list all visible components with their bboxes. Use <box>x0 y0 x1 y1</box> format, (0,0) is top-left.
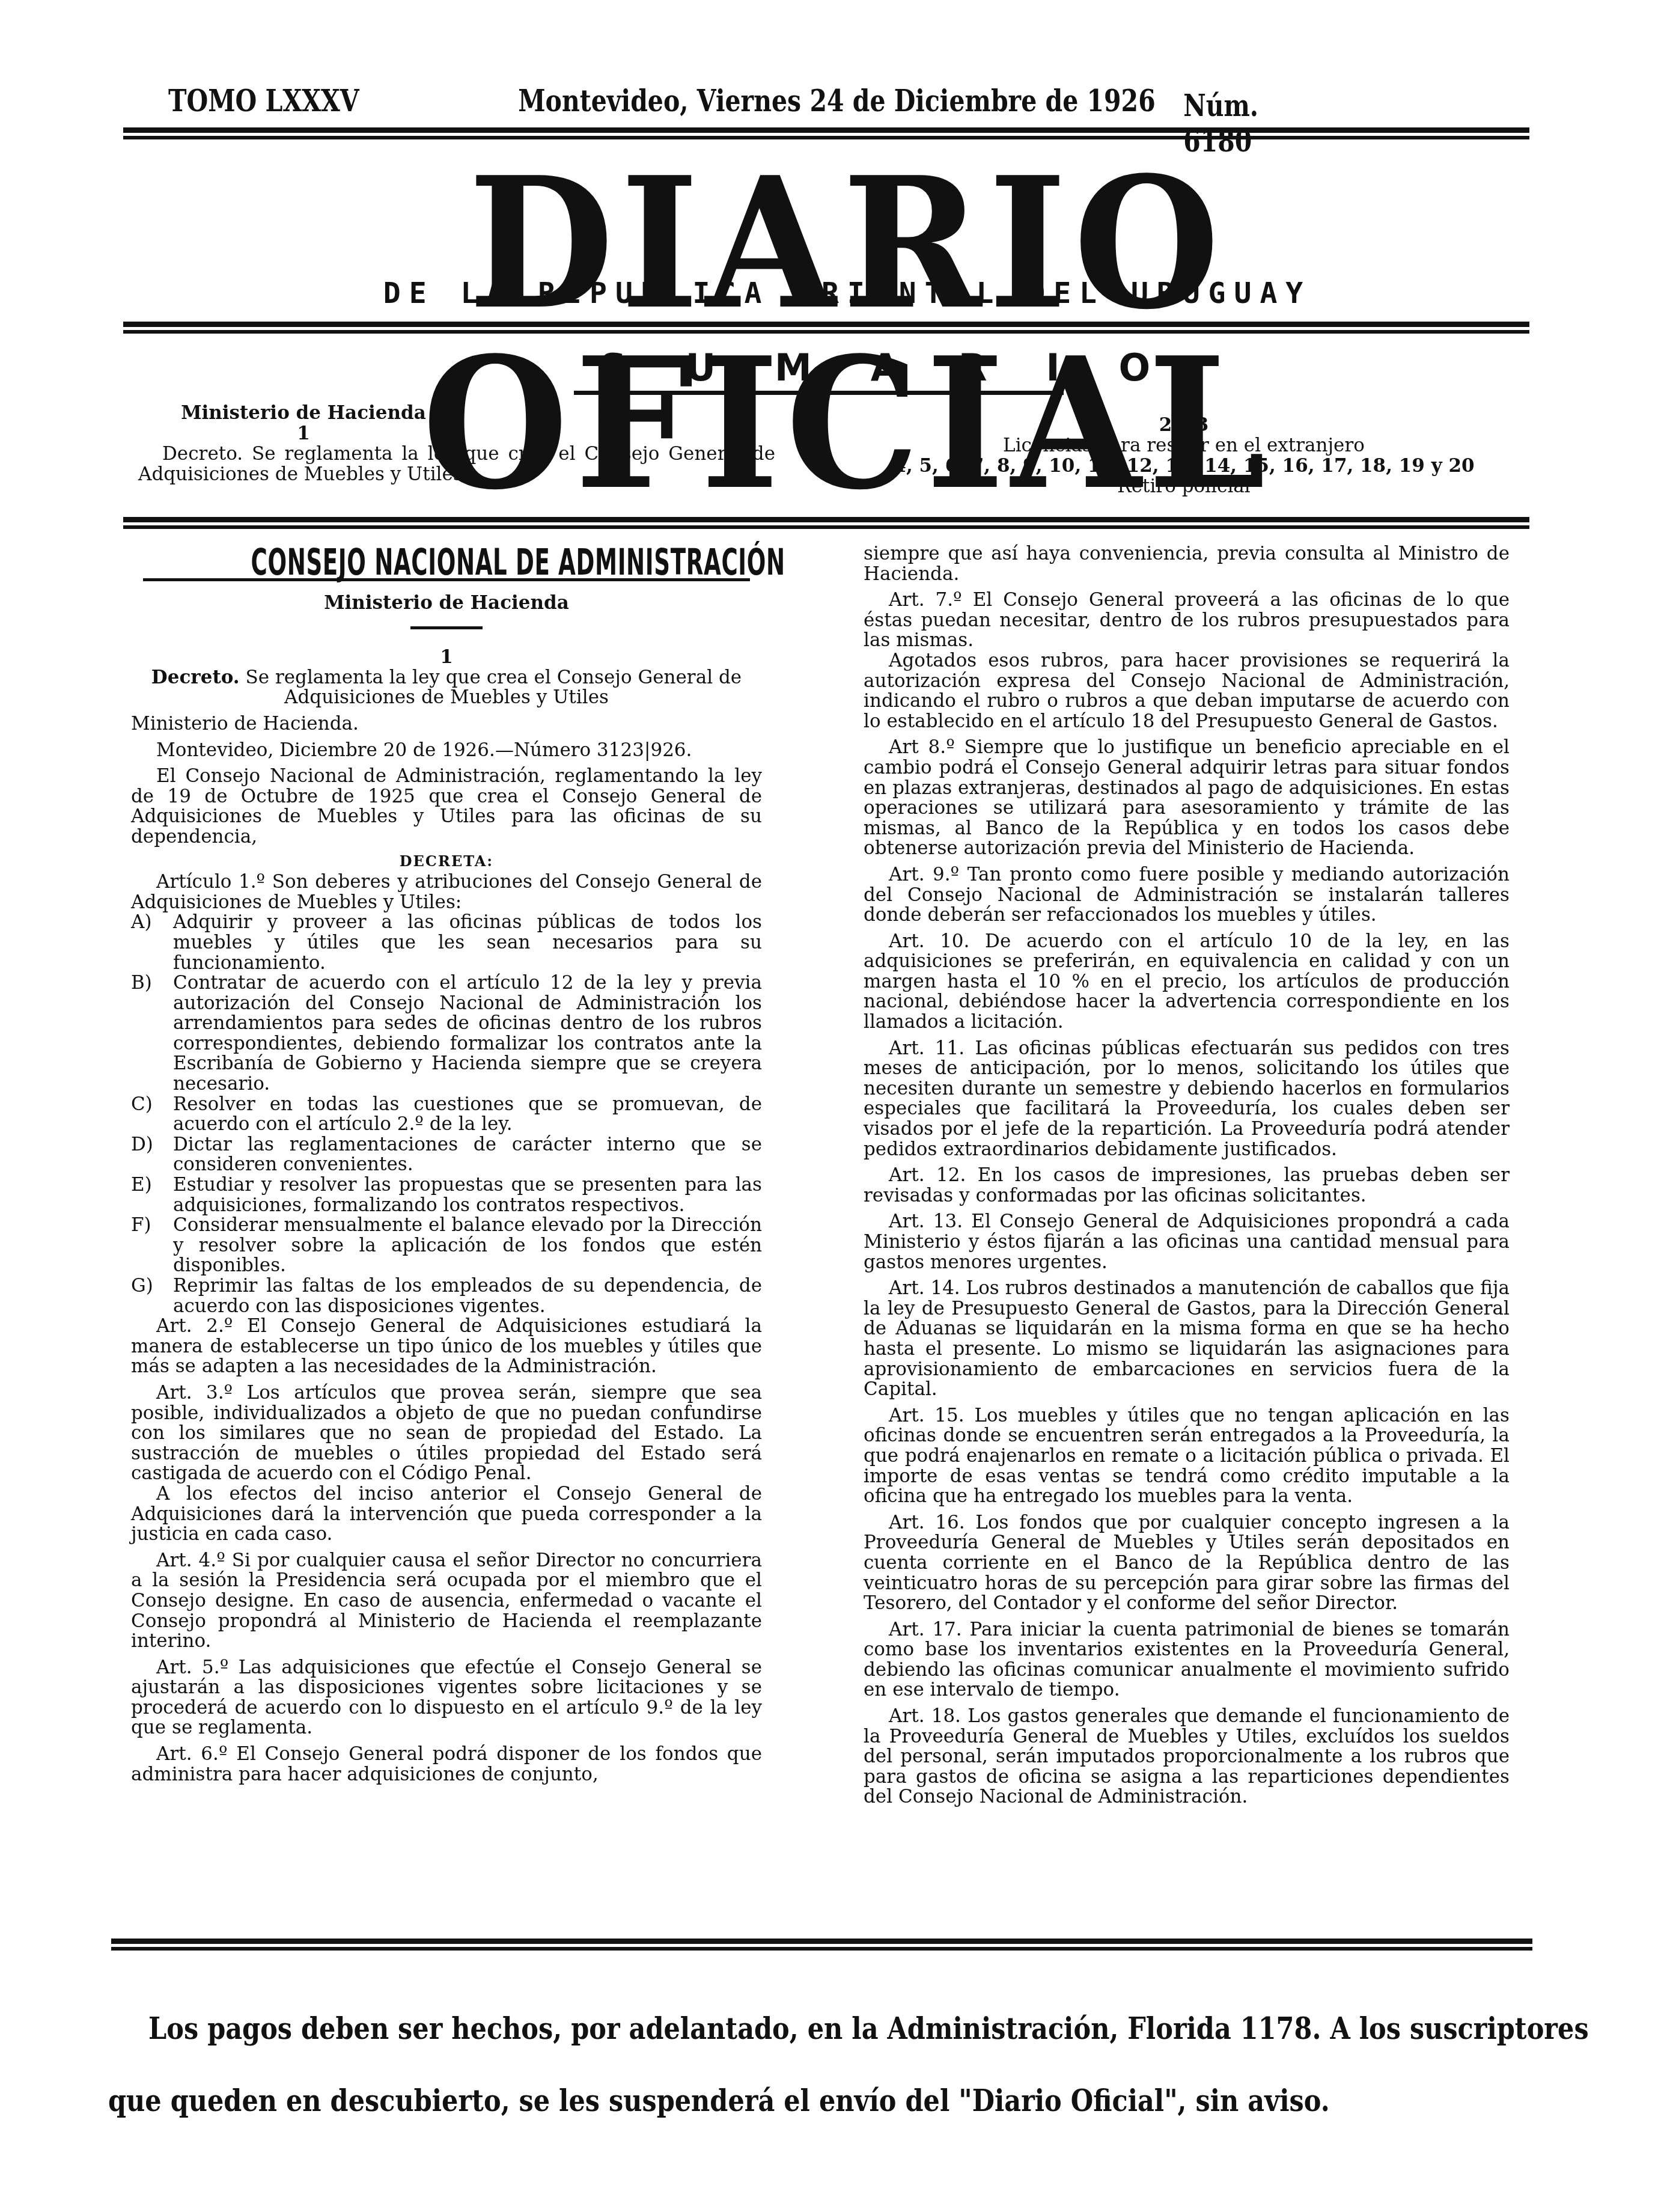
section-heading: CONSEJO NACIONAL DE ADMINISTRACIÓN <box>251 553 642 573</box>
item-text: Reprimir las faltas de los empleados de … <box>173 1276 762 1316</box>
article-paragraph: Art. 9.º Tan pronto como fuere posible y… <box>864 865 1510 926</box>
art1-item: G)Reprimir las faltas de los empleados d… <box>131 1276 762 1316</box>
item-text: Resolver en todas las cuestiones que se … <box>173 1095 762 1135</box>
item-label: D) <box>131 1135 173 1175</box>
decree-date: Montevideo, Diciembre 20 de 1926.—Número… <box>131 741 762 761</box>
article-paragraph: Art. 4.º Si por cualquier causa el señor… <box>131 1551 762 1652</box>
art1-items: A)Adquirir y proveer a las oficinas públ… <box>131 912 762 1316</box>
art1-item: F)Considerar mensualmente el balance ele… <box>131 1215 762 1276</box>
item-label: C) <box>131 1095 173 1135</box>
sumario-ministry: Ministerio de Hacienda <box>144 403 463 423</box>
ministry-heading: Ministerio de Hacienda <box>131 593 762 614</box>
item-text: Considerar mensualmente el balance eleva… <box>173 1215 762 1276</box>
art1-item: B)Contratar de acuerdo con el artículo 1… <box>131 973 762 1095</box>
issue-date: Montevideo, Viernes 24 de Diciembre de 1… <box>518 83 1155 118</box>
sumario-entry-number: 1 <box>144 423 463 444</box>
article-paragraph: Art 8.º Siempre que lo justifique un ben… <box>864 738 1510 859</box>
subscription-notice: Los pagos deben ser hechos, por adelanta… <box>108 1993 1338 2137</box>
notice-line-2: que queden en descubierto, se les suspen… <box>108 2065 1338 2137</box>
article-paragraph: Art. 11. Las oficinas públicas efectuará… <box>864 1039 1510 1160</box>
ministry-rule <box>410 626 483 629</box>
decreta-label: DECRETA: <box>131 851 762 872</box>
sumario-bottom-rule <box>123 517 1529 529</box>
art1-item: A)Adquirir y proveer a las oficinas públ… <box>131 912 762 973</box>
article-paragraph: A los efectos del inciso anterior el Con… <box>131 1484 762 1545</box>
article-column-left: CONSEJO NACIONAL DE ADMINISTRACIÓN Minis… <box>131 541 762 1785</box>
item-text: Dictar las reglamentaciones de carácter … <box>173 1135 762 1175</box>
sumario-entry-numbers: 2 y 3 <box>853 415 1514 435</box>
article-paragraph: Art. 10. De acuerdo con el artículo 10 d… <box>864 932 1510 1033</box>
article-paragraph: Art. 2.º El Consejo General de Adquisici… <box>131 1316 762 1377</box>
article-paragraph: Agotados esos rubros, para hacer provisi… <box>864 651 1510 732</box>
article-paragraph: Art. 5.º Las adquisiciones que efectúe e… <box>131 1658 762 1738</box>
sumario-entry-link[interactable]: Licencias para residir en el extranjero <box>853 435 1514 456</box>
left-paragraphs: Art. 2.º El Consejo General de Adquisici… <box>131 1316 762 1785</box>
article-paragraph: Art. 6.º El Consejo General podrá dispon… <box>131 1744 762 1785</box>
item-label: B) <box>131 973 173 1095</box>
decree-heading: Decreto. Se reglamenta la ley que crea e… <box>131 668 762 708</box>
item-text: Contratar de acuerdo con el artículo 12 … <box>173 973 762 1095</box>
right-paragraphs: siempre que así haya conveniencia, previ… <box>864 544 1510 1807</box>
item-label: A) <box>131 912 173 973</box>
footer-rule <box>111 1939 1532 1951</box>
decree-label: Decreto. <box>151 667 240 688</box>
article-paragraph: Art. 14. Los rubros destinados a manuten… <box>864 1279 1510 1400</box>
item-text: Estudiar y resolver las propuestas que s… <box>173 1175 762 1215</box>
notice-line-1: Los pagos deben ser hechos, por adelanta… <box>108 1993 1338 2065</box>
decree-title: Se reglamenta la ley que crea el Consejo… <box>246 667 742 709</box>
art1-intro: Artículo 1.º Son deberes y atribuciones … <box>131 872 762 912</box>
sumario-underline <box>574 391 1064 395</box>
decree-number: 1 <box>131 647 762 668</box>
article-column-right: siempre que así haya conveniencia, previ… <box>864 544 1510 1807</box>
article-paragraph: Art. 17. Para iniciar la cuenta patrimon… <box>864 1620 1510 1700</box>
art1-item: D)Dictar las reglamentaciones de carácte… <box>131 1135 762 1175</box>
ministry-line: Ministerio de Hacienda. <box>131 714 762 735</box>
art1-item: C)Resolver en todas las cuestiones que s… <box>131 1095 762 1135</box>
article-paragraph: Art. 13. El Consejo General de Adquisici… <box>864 1212 1510 1273</box>
sumario-entry-link[interactable]: Retiro policial <box>853 476 1514 496</box>
article-paragraph: Art. 15. Los muebles y útiles que no ten… <box>864 1406 1510 1507</box>
item-label: F) <box>131 1215 173 1276</box>
item-label: E) <box>131 1175 173 1215</box>
sumario-entry-numbers: 4, 5, 6, 7, 8, 9, 10, 11, 12, 13, 14, 15… <box>853 456 1514 476</box>
item-label: G) <box>131 1276 173 1316</box>
preamble: El Consejo Nacional de Administración, r… <box>131 766 762 847</box>
article-paragraph: Art. 7.º El Consejo General proveerá a l… <box>864 590 1510 651</box>
sumario-right: 2 y 3 Licencias para residir en el extra… <box>853 415 1514 496</box>
volume-label: TOMO LXXXV <box>168 83 359 118</box>
sumario-heading: SUMARIO <box>541 346 1153 390</box>
sumario-entry-link[interactable]: Decreto. Se reglamenta la ley que crea e… <box>138 444 775 484</box>
masthead-bottom-rule <box>123 322 1529 334</box>
article-paragraph: Art. 16. Los fondos que por cualquier co… <box>864 1513 1510 1614</box>
article-paragraph: siempre que así haya conveniencia, previ… <box>864 544 1510 584</box>
article-paragraph: Art. 12. En los casos de impresiones, la… <box>864 1166 1510 1206</box>
article-paragraph: Art. 18. Los gastos generales que demand… <box>864 1706 1510 1807</box>
article-paragraph: Art. 3.º Los artículos que provea serán,… <box>131 1383 762 1484</box>
sumario-left: Ministerio de Hacienda 1 Decreto. Se reg… <box>138 403 775 484</box>
item-text: Adquirir y proveer a las oficinas públic… <box>173 912 762 973</box>
masthead-meta: TOMO LXXXV Montevideo, Viernes 24 de Dic… <box>168 83 1245 125</box>
art1-item: E)Estudiar y resolver las propuestas que… <box>131 1175 762 1215</box>
newspaper-subtitle: DE LA REPUBLICA ORIENTAL DEL URUGUAY <box>180 276 1514 310</box>
